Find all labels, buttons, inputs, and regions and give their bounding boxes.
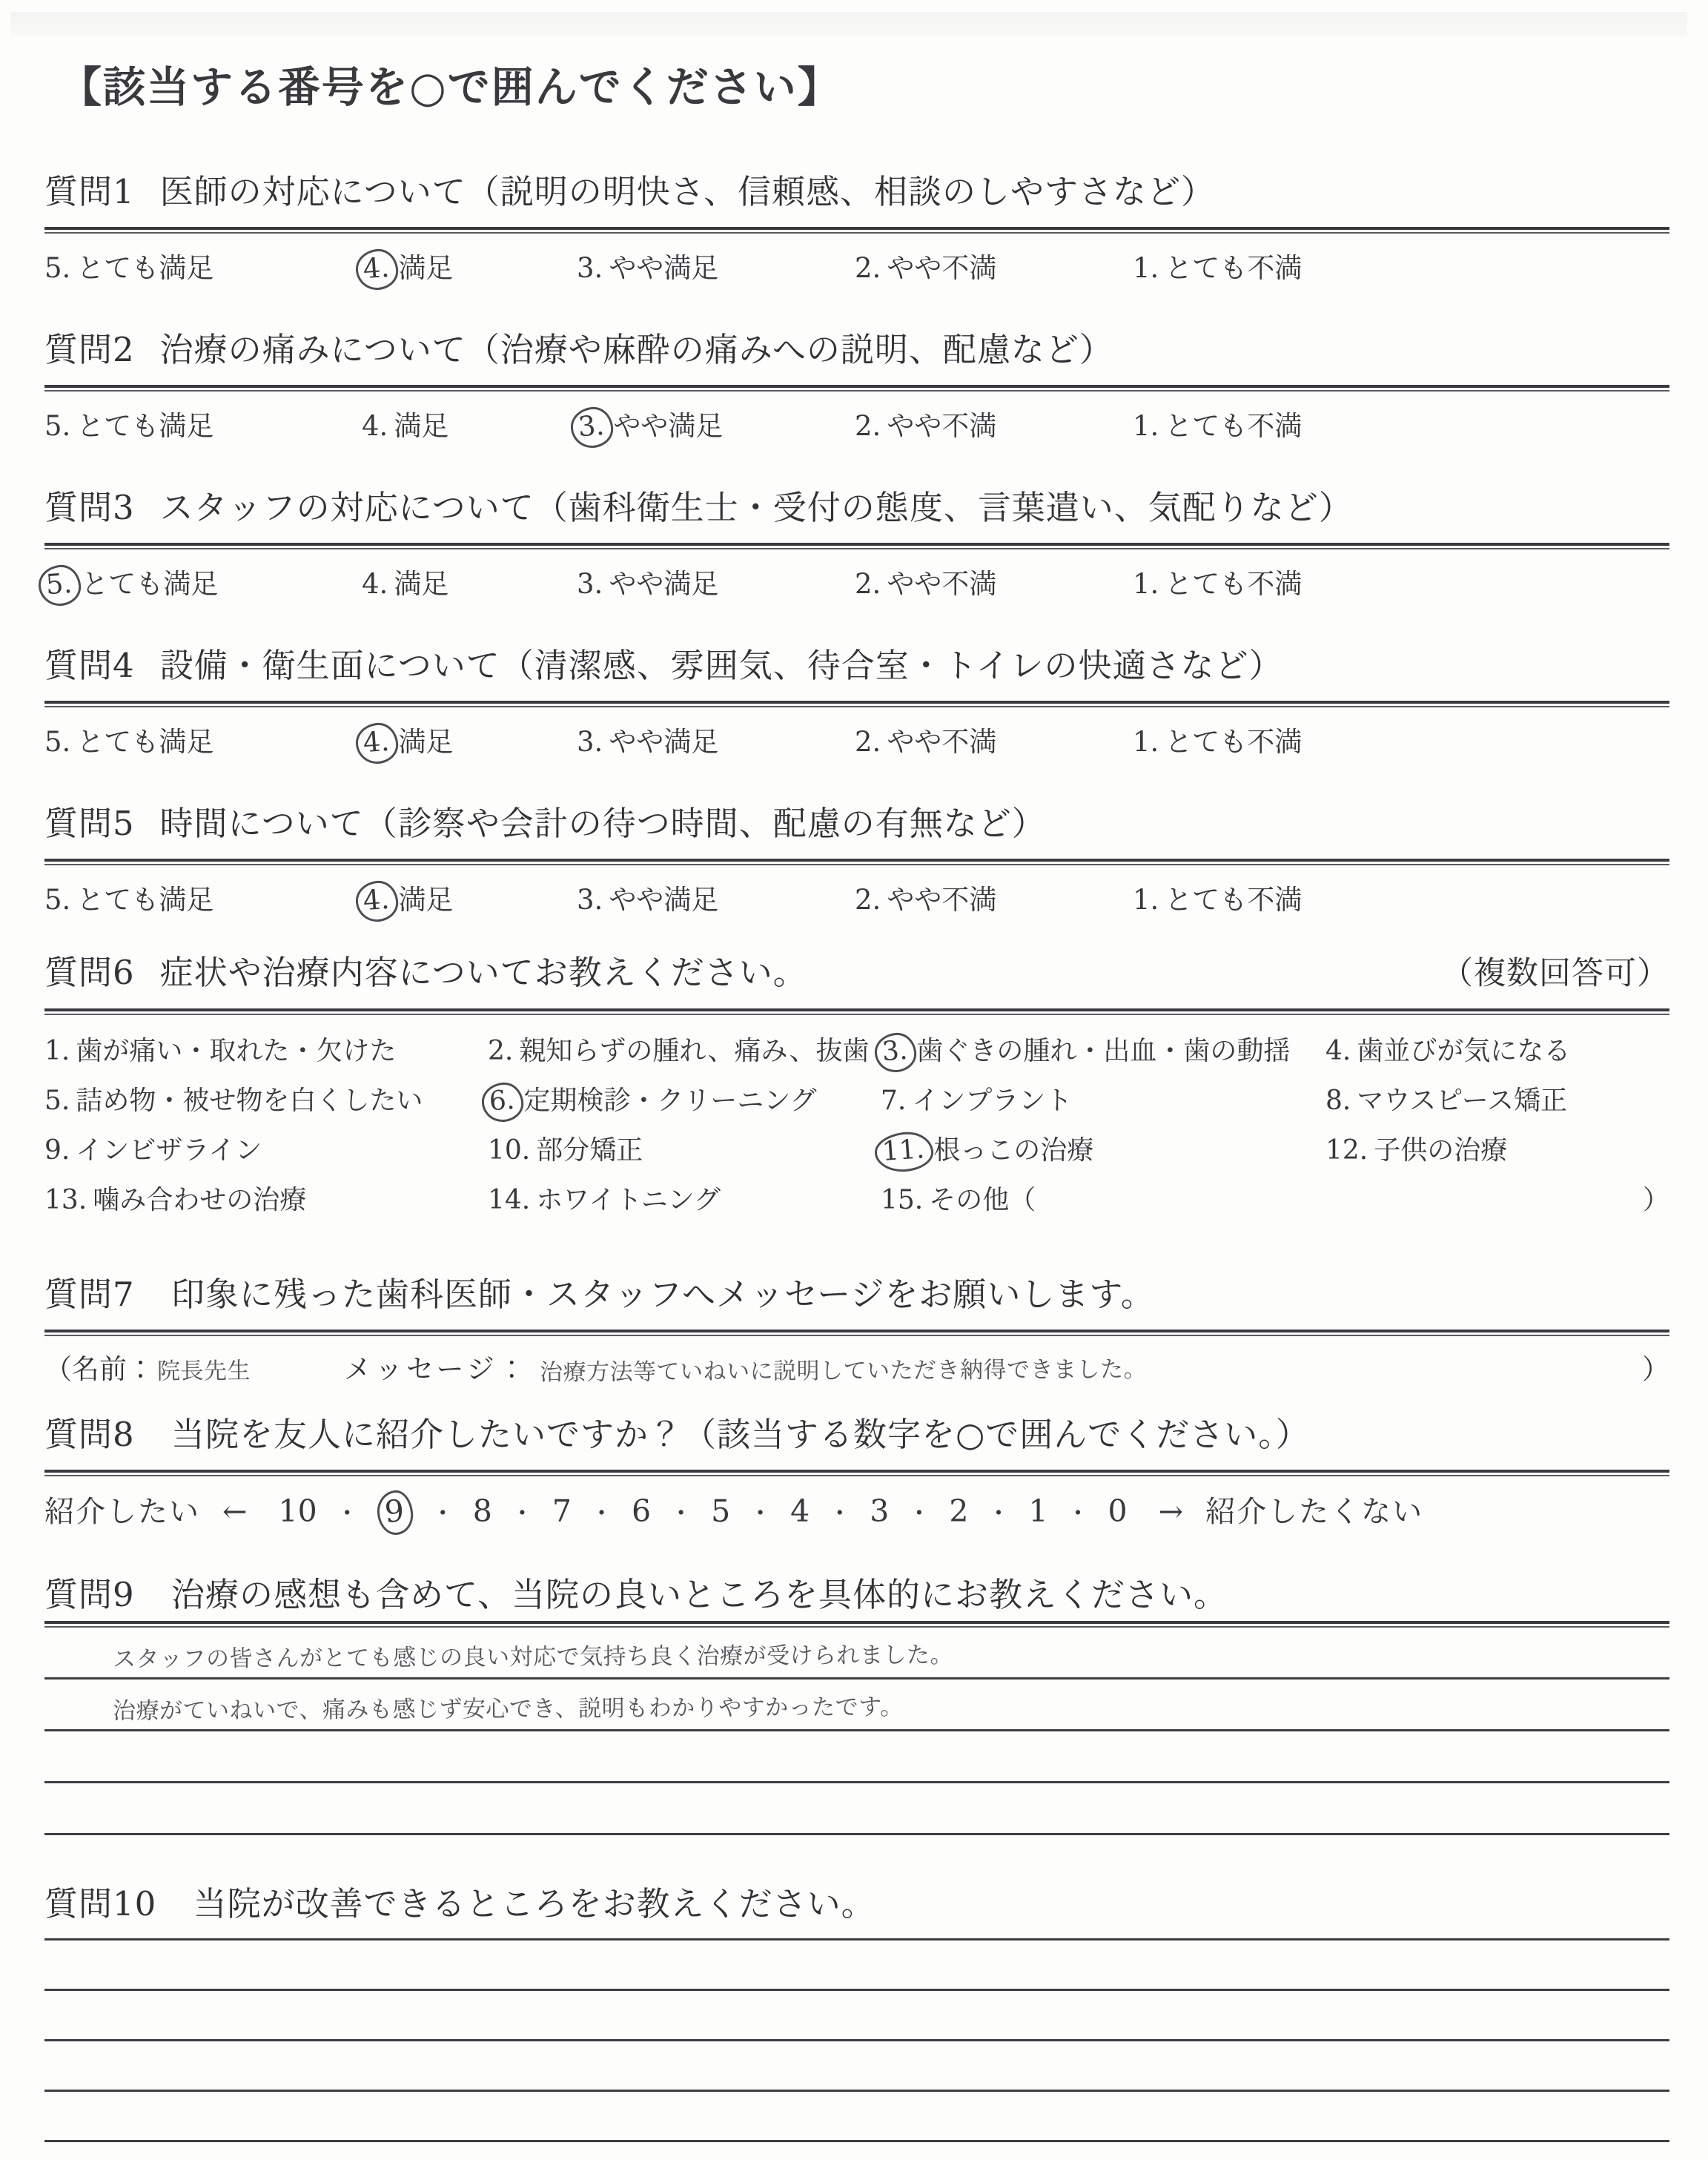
question-label: 設備・衛生面について（清潔感、雰囲気、待合室・トイレの快適さなど） <box>160 646 1283 685</box>
right-arrow: → <box>1159 1495 1184 1529</box>
option-number: 5. <box>44 410 70 442</box>
option-label: 満足 <box>394 561 448 601</box>
scan-artifact-band <box>10 12 1687 37</box>
question-id: 質問7 <box>44 1275 135 1314</box>
option-label: インビザライン <box>76 1129 262 1167</box>
scale-separator: ・ <box>669 1494 693 1529</box>
option-number: 2. <box>855 726 881 758</box>
scale-number-6[interactable]: 6 <box>632 1493 651 1529</box>
symptom-option-12[interactable]: 12.子供の治療 <box>1325 1129 1669 1167</box>
option-label: 歯並びが気になる <box>1357 1030 1570 1068</box>
option-number: 1. <box>44 1036 70 1066</box>
scale-separator: ・ <box>510 1494 534 1529</box>
message-field-prefix: メッセージ： <box>344 1347 529 1387</box>
rating-question-1: 質問1医師の対応について（説明の明快さ、信頼感、相談のしやすさなど）5.とても満… <box>44 172 1669 285</box>
option-number: 5. <box>44 1086 70 1116</box>
option-number: 15. <box>881 1185 923 1215</box>
symptom-option-1[interactable]: 1.歯が痛い・取れた・欠けた <box>44 1030 488 1068</box>
rating-option-2[interactable]: 2.やや不満 <box>855 877 1133 917</box>
scale-separator: ・ <box>1066 1494 1090 1529</box>
option-number: 1. <box>1133 252 1159 284</box>
question-id: 質問1 <box>44 172 135 211</box>
free-answer-lines <box>44 1924 1669 2142</box>
question-heading: 質問6 症状や治療内容についてお教えください。 （複数回答可） <box>44 953 1669 994</box>
rating-question-3: 質問3スタッフの対応について（歯科衛生士・受付の態度、言葉遣い、気配りなど）5.… <box>44 488 1669 601</box>
option-number: 2. <box>855 884 881 916</box>
circle-annotation: 6. <box>480 1081 525 1123</box>
scale-number-2[interactable]: 2 <box>949 1493 968 1529</box>
heading-rule <box>44 1621 1669 1628</box>
option-number: 12. <box>1325 1135 1368 1166</box>
handwritten-name: 院長先生 <box>157 1351 344 1385</box>
circle-annotation: 4. <box>354 879 400 923</box>
option-label: とても満足 <box>76 877 213 917</box>
question-heading: 質問10 当院が改善できるところをお教えください。 <box>44 1884 1669 1924</box>
option-number: 3. <box>577 726 603 758</box>
rating-option-1[interactable]: 1.とても不満 <box>1133 561 1669 601</box>
question-label: 当院が改善できるところをお教えください。 <box>193 1884 875 1923</box>
scale-number-7[interactable]: 7 <box>552 1493 572 1529</box>
option-number: 1. <box>1133 726 1159 758</box>
question-8-section: 質問8 当院を友人に紹介したいですか？（該当する数字を○で囲んでください。） 紹… <box>44 1415 1669 1535</box>
circle-annotation: 11. <box>873 1130 935 1173</box>
option-label: やや不満 <box>887 877 996 917</box>
circle-annotation: 3. <box>873 1031 918 1074</box>
rating-option-2[interactable]: 2.やや不満 <box>855 403 1133 443</box>
heading-rule <box>44 227 1669 234</box>
symptom-options-grid: 1.歯が痛い・取れた・欠けた2.親知らずの腫れ、痛み、抜歯3.歯ぐきの腫れ・出血… <box>44 1030 1669 1229</box>
scale-number-0[interactable]: 0 <box>1108 1493 1128 1529</box>
scale-number-4[interactable]: 4 <box>790 1493 810 1529</box>
option-label: やや満足 <box>609 245 718 285</box>
question-heading: 質問9 治療の感想も含めて、当院の良いところを具体的にお教えください。 <box>44 1575 1669 1615</box>
question-label: 印象に残った歯科医師・スタッフへメッセージをお願いします。 <box>171 1275 1155 1314</box>
option-label: 定期検診・クリーニング <box>523 1080 816 1117</box>
option-label: 子供の治療 <box>1374 1129 1507 1167</box>
rating-option-5[interactable]: 5.とても満足 <box>44 403 362 443</box>
multi-answer-note: （複数回答可） <box>1441 955 1669 994</box>
option-label: マウスピース矯正 <box>1357 1080 1567 1117</box>
option-number: 4. <box>362 568 388 600</box>
symptom-option-4[interactable]: 4.歯並びが気になる <box>1325 1030 1669 1068</box>
question-heading: 質問8 当院を友人に紹介したいですか？（該当する数字を○で囲んでください。） <box>44 1415 1669 1455</box>
option-label: インプラント <box>912 1080 1072 1117</box>
question-id: 質問3 <box>44 488 135 527</box>
question-label: スタッフの対応について（歯科衛生士・受付の態度、言葉遣い、気配りなど） <box>160 488 1353 527</box>
rating-question-5: 質問5時間について（診察や会計の待つ時間、配慮の有無など）5.とても満足4.満足… <box>44 804 1669 917</box>
option-label: やや満足 <box>613 403 723 443</box>
option-number: 3. <box>577 568 603 600</box>
option-number: 9. <box>44 1135 70 1166</box>
answer-line[interactable] <box>44 1924 1669 1941</box>
option-label: やや不満 <box>887 719 996 759</box>
handwritten-answer: スタッフの皆さんがとても感じの良い対応で気持ち良く治療が受けられました。 <box>113 1636 953 1674</box>
option-label: 噛み合わせの治療 <box>93 1179 306 1217</box>
rating-question-2: 質問2治療の痛みについて（治療や麻酔の痛みへの説明、配慮など）5.とても満足4.… <box>44 330 1669 443</box>
symptom-option-10[interactable]: 10.部分矯正 <box>488 1129 881 1167</box>
scale-number-10[interactable]: 10 <box>279 1493 317 1529</box>
option-label: 詰め物・被せ物を白くしたい <box>76 1080 423 1117</box>
option-number: 1. <box>1133 410 1159 442</box>
symptom-option-6[interactable]: 6.定期検診・クリーニング <box>488 1080 881 1117</box>
question-label: 治療の感想も含めて、当院の良いところを具体的にお教えください。 <box>171 1575 1228 1614</box>
rating-option-2[interactable]: 2.やや不満 <box>855 561 1133 601</box>
question-9-section: 質問9 治療の感想も含めて、当院の良いところを具体的にお教えください。 スタッフ… <box>44 1575 1669 1835</box>
rating-option-3[interactable]: 3.やや満足 <box>577 561 855 601</box>
rating-option-4[interactable]: 4.満足 <box>362 877 577 917</box>
symptom-options-row: 5.詰め物・被せ物を白くしたい6.定期検診・クリーニング7.インプラント8.マウ… <box>44 1080 1669 1129</box>
option-number: 2. <box>855 252 881 284</box>
scale-number-8[interactable]: 8 <box>473 1493 492 1529</box>
scale-separator: ・ <box>907 1494 931 1529</box>
option-number: 1. <box>1133 884 1159 916</box>
close-paren: ） <box>1643 1179 1669 1217</box>
option-label: とても不満 <box>1165 877 1302 917</box>
question-label: 治療の痛みについて（治療や麻酔の痛みへの説明、配慮など） <box>160 330 1113 369</box>
symptom-option-13[interactable]: 13.噛み合わせの治療 <box>44 1179 488 1217</box>
heading-rule <box>44 1330 1669 1336</box>
option-label: 部分矯正 <box>536 1129 643 1167</box>
question-label: 医師の対応について（説明の明快さ、信頼感、相談のしやすさなど） <box>160 172 1215 211</box>
left-arrow: ← <box>222 1495 248 1529</box>
question-id: 質問9 <box>44 1575 135 1614</box>
rating-options-row: 5.とても満足4.満足3.やや満足2.やや不満1.とても不満 <box>44 403 1669 443</box>
rating-option-1[interactable]: 1.とても不満 <box>1133 245 1669 285</box>
question-label: 時間について（診察や会計の待つ時間、配慮の有無など） <box>160 804 1046 843</box>
option-label: その他（ <box>929 1179 1036 1217</box>
heading-rule <box>44 859 1669 865</box>
option-label: とても満足 <box>76 245 213 285</box>
symptom-option-14[interactable]: 14.ホワイトニング <box>488 1179 881 1217</box>
question-heading: 質問3スタッフの対応について（歯科衛生士・受付の態度、言葉遣い、気配りなど） <box>44 488 1669 528</box>
option-number: 5. <box>44 252 70 284</box>
question-label: 当院を友人に紹介したいですか？（該当する数字を○で囲んでください。） <box>171 1415 1310 1454</box>
option-label: 満足 <box>398 877 453 917</box>
option-number: 5. <box>44 726 70 758</box>
recommend-scale: 紹介したい←10・9・8・7・6・5・4・3・2・1・0→紹介したくない <box>44 1488 1669 1535</box>
option-number: 4. <box>362 410 388 442</box>
option-number: 10. <box>488 1135 530 1166</box>
rating-option-1[interactable]: 1.とても不満 <box>1133 403 1669 443</box>
rating-option-5[interactable]: 5.とても満足 <box>44 877 362 917</box>
option-number: 5. <box>44 884 70 916</box>
rating-option-5[interactable]: 5.とても満足 <box>44 719 362 759</box>
symptom-options-row: 1.歯が痛い・取れた・欠けた2.親知らずの腫れ、痛み、抜歯3.歯ぐきの腫れ・出血… <box>44 1030 1669 1080</box>
answer-line[interactable] <box>44 1783 1669 1835</box>
option-label: とても満足 <box>76 403 213 443</box>
rating-options-row: 5.とても満足4.満足3.やや満足2.やや不満1.とても不満 <box>44 877 1669 917</box>
question-id: 質問6 <box>44 953 135 993</box>
symptom-options-row: 9.インビザライン10.部分矯正11.根っこの治療12.子供の治療 <box>44 1129 1669 1179</box>
answer-line[interactable]: 治療がていねいで、痛みも感じず安心でき、説明もわかりやすかったです。 <box>44 1680 1669 1731</box>
option-number: 7. <box>881 1086 906 1116</box>
rating-option-1[interactable]: 1.とても不満 <box>1133 877 1669 917</box>
question-id: 質問2 <box>44 330 135 369</box>
rating-option-2[interactable]: 2.やや不満 <box>855 245 1133 285</box>
scale-separator: ・ <box>589 1494 614 1529</box>
rating-question-4: 質問4設備・衛生面について（清潔感、雰囲気、待合室・トイレの快適さなど）5.とて… <box>44 646 1669 759</box>
answer-line[interactable] <box>44 1941 1669 1991</box>
option-label: 歯が痛い・取れた・欠けた <box>76 1030 396 1068</box>
scale-number-3[interactable]: 3 <box>870 1493 889 1529</box>
option-number: 1. <box>1133 568 1159 600</box>
option-label: やや満足 <box>609 719 718 759</box>
option-label: 満足 <box>398 719 453 759</box>
survey-form-page: 【該当する番号を○で囲んでください】 質問1医師の対応について（説明の明快さ、信… <box>0 0 1708 2160</box>
close-paren: ） <box>1642 1347 1669 1387</box>
rating-option-5[interactable]: 5.とても満足 <box>44 561 362 601</box>
symptom-option-3[interactable]: 3.歯ぐきの腫れ・出血・歯の動揺 <box>881 1030 1325 1068</box>
scale-separator: ・ <box>335 1494 360 1529</box>
option-number: 3. <box>577 884 603 916</box>
option-number: 4. <box>1325 1036 1351 1066</box>
free-answer-lines: スタッフの皆さんがとても感じの良い対応で気持ち良く治療が受けられました。治療がて… <box>44 1628 1669 1835</box>
answer-line[interactable] <box>44 1991 1669 2041</box>
handwritten-answer: 治療がていねいで、痛みも感じず安心でき、説明もわかりやすかったです。 <box>113 1688 904 1725</box>
circle-annotation: 4. <box>354 248 400 291</box>
question-6-section: 質問6 症状や治療内容についてお教えください。 （複数回答可） 1.歯が痛い・取… <box>44 953 1669 1229</box>
question-id: 質問5 <box>44 804 135 843</box>
option-label: 歯ぐきの腫れ・出血・歯の動揺 <box>916 1030 1290 1068</box>
rating-option-2[interactable]: 2.やや不満 <box>855 719 1133 759</box>
scale-separator: ・ <box>827 1494 852 1529</box>
rating-option-4[interactable]: 4.満足 <box>362 245 577 285</box>
option-number: 14. <box>488 1185 530 1215</box>
option-label: とても不満 <box>1165 719 1302 759</box>
rating-options-row: 5.とても満足4.満足3.やや満足2.やや不満1.とても不満 <box>44 719 1669 759</box>
question-id: 質問8 <box>44 1415 135 1454</box>
heading-rule <box>44 1008 1669 1015</box>
symptom-option-9[interactable]: 9.インビザライン <box>44 1129 488 1167</box>
option-number: 13. <box>44 1185 87 1215</box>
option-number: 8. <box>1325 1086 1351 1116</box>
heading-rule <box>44 385 1669 392</box>
option-label: やや満足 <box>609 561 718 601</box>
option-number: 2. <box>488 1036 513 1066</box>
rating-options-row: 5.とても満足4.満足3.やや満足2.やや不満1.とても不満 <box>44 245 1669 285</box>
option-number: 3. <box>577 252 603 284</box>
option-label: とても満足 <box>76 719 213 759</box>
message-answer-line[interactable]: （名前： 院長先生 メッセージ： 治療方法等ていねいに説明していただき納得できま… <box>44 1347 1669 1387</box>
question-id: 質問4 <box>44 646 135 685</box>
rating-option-4[interactable]: 4.満足 <box>362 719 577 759</box>
heading-rule <box>44 543 1669 549</box>
symptom-option-2[interactable]: 2.親知らずの腫れ、痛み、抜歯 <box>488 1030 881 1068</box>
rating-option-3[interactable]: 3.やや満足 <box>577 245 855 285</box>
option-label: とても不満 <box>1165 561 1302 601</box>
question-id: 質問10 <box>44 1884 156 1923</box>
option-number: 2. <box>855 410 881 442</box>
rating-options-row: 5.とても満足4.満足3.やや満足2.やや不満1.とても不満 <box>44 561 1669 601</box>
option-label: 親知らずの腫れ、痛み、抜歯 <box>519 1030 869 1068</box>
scale-number-5[interactable]: 5 <box>711 1493 730 1529</box>
option-label: とても不満 <box>1165 403 1302 443</box>
option-label: やや満足 <box>609 877 718 917</box>
answer-line[interactable]: スタッフの皆さんがとても感じの良い対応で気持ち良く治療が受けられました。 <box>44 1628 1669 1680</box>
answer-line[interactable] <box>44 2041 1669 2092</box>
rating-questions-section: 質問1医師の対応について（説明の明快さ、信頼感、相談のしやすさなど）5.とても満… <box>44 172 1669 917</box>
answer-line[interactable] <box>44 2092 1669 2142</box>
option-number: 2. <box>855 568 881 600</box>
option-label: やや不満 <box>887 561 996 601</box>
heading-rule <box>44 701 1669 707</box>
scale-separator: ・ <box>748 1494 772 1529</box>
rating-option-5[interactable]: 5.とても満足 <box>44 245 362 285</box>
option-label: 満足 <box>398 245 453 285</box>
rating-option-1[interactable]: 1.とても不満 <box>1133 719 1669 759</box>
question-7-section: 質問7 印象に残った歯科医師・スタッフへメッセージをお願いします。 （名前： 院… <box>44 1275 1669 1387</box>
answer-line[interactable] <box>44 1731 1669 1783</box>
circle-annotation: 4. <box>354 721 400 765</box>
name-field-prefix: （名前： <box>44 1347 154 1387</box>
circle-annotation[interactable]: 9 <box>376 1489 414 1536</box>
symptom-options-row: 13.噛み合わせの治療14.ホワイトニング15.その他（） <box>44 1179 1669 1229</box>
rating-option-3[interactable]: 3.やや満足 <box>577 877 855 917</box>
option-label: やや不満 <box>887 245 996 285</box>
scale-separator: ・ <box>431 1494 455 1529</box>
symptom-option-15[interactable]: 15.その他（） <box>881 1179 1669 1217</box>
scale-right-label: 紹介したくない <box>1205 1488 1423 1530</box>
question-label: 症状や治療内容についてお教えください。 <box>160 953 807 993</box>
rating-option-3[interactable]: 3.やや満足 <box>577 719 855 759</box>
symptom-option-5[interactable]: 5.詰め物・被せ物を白くしたい <box>44 1080 488 1117</box>
handwritten-message: 治療方法等ていねいに説明していただき納得できました。 <box>540 1350 1147 1387</box>
scale-separator: ・ <box>986 1494 1010 1529</box>
option-label: とても不満 <box>1165 245 1302 285</box>
option-label: やや不満 <box>887 403 996 443</box>
form-title: 【該当する番号を○で囲んでください】 <box>59 62 1669 113</box>
option-label: とても満足 <box>81 561 218 601</box>
symptom-option-7[interactable]: 7.インプラント <box>881 1080 1325 1117</box>
circle-annotation: 5. <box>37 564 82 607</box>
question-heading: 質問2治療の痛みについて（治療や麻酔の痛みへの説明、配慮など） <box>44 330 1669 370</box>
scale-left-label: 紹介したい <box>44 1488 200 1530</box>
rating-option-3[interactable]: 3.やや満足 <box>577 403 855 443</box>
question-10-section: 質問10 当院が改善できるところをお教えください。 <box>44 1884 1669 2142</box>
question-heading: 質問4設備・衛生面について（清潔感、雰囲気、待合室・トイレの快適さなど） <box>44 646 1669 686</box>
question-heading: 質問5時間について（診察や会計の待つ時間、配慮の有無など） <box>44 804 1669 844</box>
option-label: ホワイトニング <box>536 1179 721 1217</box>
rating-option-4[interactable]: 4.満足 <box>362 561 577 601</box>
rating-option-4[interactable]: 4.満足 <box>362 403 577 443</box>
symptom-option-11[interactable]: 11.根っこの治療 <box>881 1129 1325 1167</box>
heading-rule <box>44 1470 1669 1476</box>
question-heading: 質問7 印象に残った歯科医師・スタッフへメッセージをお願いします。 <box>44 1275 1669 1315</box>
symptom-option-8[interactable]: 8.マウスピース矯正 <box>1325 1080 1669 1117</box>
question-heading: 質問1医師の対応について（説明の明快さ、信頼感、相談のしやすさなど） <box>44 172 1669 212</box>
option-label: 根っこの治療 <box>933 1129 1093 1167</box>
circle-annotation: 3. <box>569 406 615 449</box>
option-label: 満足 <box>394 403 448 443</box>
scale-number-1[interactable]: 1 <box>1028 1493 1047 1529</box>
